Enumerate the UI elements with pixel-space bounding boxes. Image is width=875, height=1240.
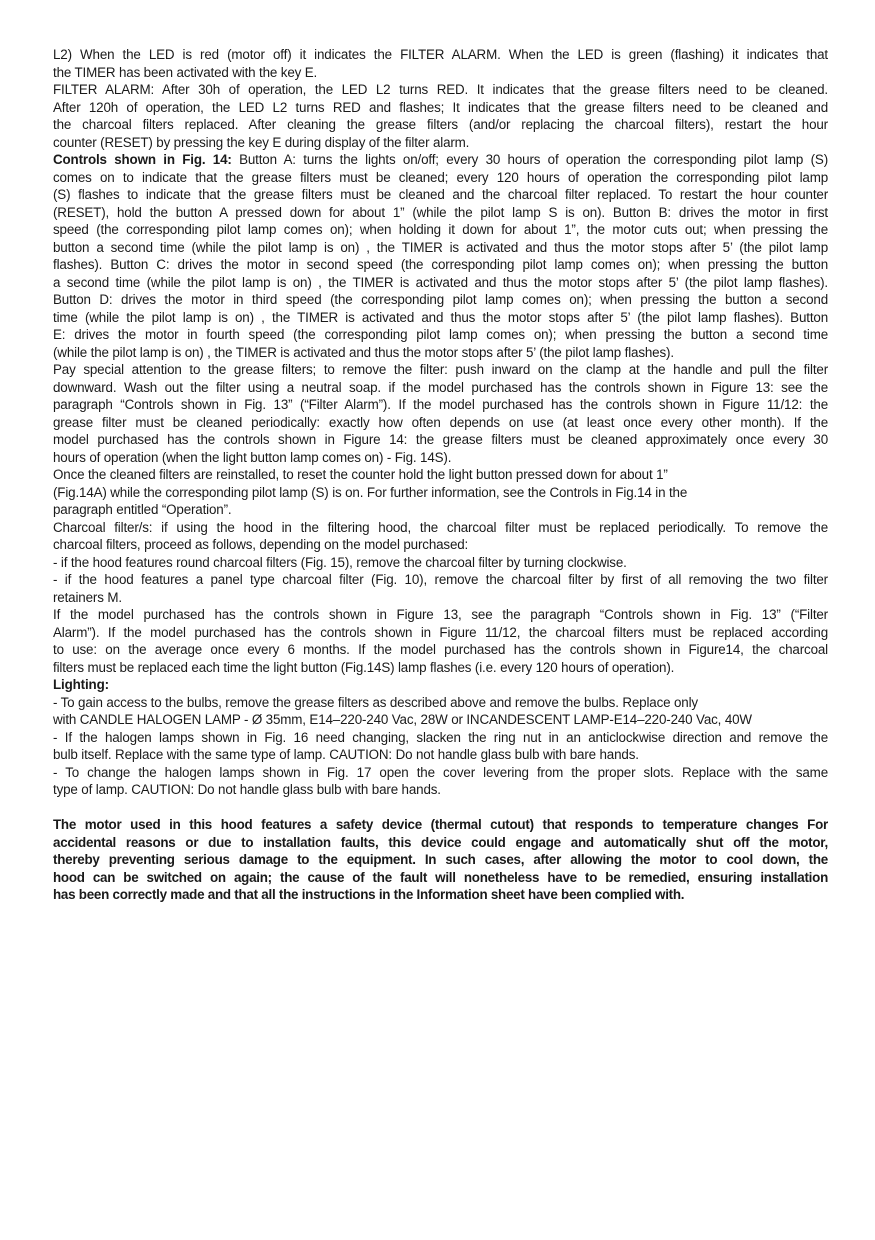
text-line: FILTER ALARM: After 30h of operation, th… [53,81,828,99]
text-line: to use: on the average once every 6 mont… [53,641,828,659]
text-line: paragraph entitled “Operation”. [53,501,828,519]
text-line: flashes). Button C: drives the motor in … [53,256,828,274]
text-line: type of lamp. CAUTION: Do not handle gla… [53,781,828,799]
list-item: - if the hood features round charcoal fi… [53,554,828,572]
text-line: model purchased has the controls shown i… [53,431,828,449]
paragraph-grease-filters: Pay special attention to the grease filt… [53,361,828,466]
text-line: the charcoal filters replaced. After cle… [53,116,828,134]
text-line: E: drives the motor in fourth speed (the… [53,326,828,344]
text-line: hood can be switched on again; the cause… [53,869,828,887]
text-line: paragraph “Controls shown in Fig. 13” (“… [53,396,828,414]
paragraph-charcoal-filters: Charcoal filter/s: if using the hood in … [53,519,828,607]
text-line: Charcoal filter/s: if using the hood in … [53,519,828,537]
spacer [53,799,828,817]
text-line: downward. Wash out the filter using a ne… [53,379,828,397]
text-line: accidental reasons or due to installatio… [53,834,828,852]
section-heading: Controls shown in Fig. 14: [53,152,232,167]
text-line: (while the pilot lamp is on) , the TIMER… [53,344,828,362]
text-line: grease filter must be cleaned periodical… [53,414,828,432]
list-item: - To gain access to the bulbs, remove th… [53,694,828,712]
document-page: L2) When the LED is red (motor off) it i… [53,46,828,904]
text-line: After 120h of operation, the LED L2 turn… [53,99,828,117]
text-line: hours of operation (when the light butto… [53,449,828,467]
text-line: (S) flashes to indicate that the grease … [53,186,828,204]
text-line: Controls shown in Fig. 14: Button A: tur… [53,151,828,169]
paragraph-charcoal-replacement: If the model purchased has the controls … [53,606,828,676]
text-line: comes on to indicate that the grease fil… [53,169,828,187]
text-line: has been correctly made and that all the… [53,886,828,904]
text-line: a second time (while the pilot lamp is o… [53,274,828,292]
paragraph-thermal-cutout: The motor used in this hood features a s… [53,816,828,904]
paragraph-led-l2: L2) When the LED is red (motor off) it i… [53,46,828,81]
list-item: - If the halogen lamps shown in Fig. 16 … [53,729,828,747]
text-line: (Fig.14A) while the corresponding pilot … [53,484,828,502]
text-line: time (while the pilot lamp is on) , the … [53,309,828,327]
text-line: charcoal filters, proceed as follows, de… [53,536,828,554]
text-line: If the model purchased has the controls … [53,606,828,624]
list-item: - To change the halogen lamps shown in F… [53,764,828,782]
text-line: Button D: drives the motor in third spee… [53,291,828,309]
list-item: - if the hood features a panel type char… [53,571,828,589]
text-line: thereby preventing serious damage to the… [53,851,828,869]
text-line: Alarm”). If the model purchased has the … [53,624,828,642]
paragraph-controls-fig14: Controls shown in Fig. 14: Button A: tur… [53,151,828,361]
text-line: button a second time (while the pilot la… [53,239,828,257]
text-line: (RESET), hold the button A pressed down … [53,204,828,222]
paragraph-filter-alarm: FILTER ALARM: After 30h of operation, th… [53,81,828,151]
section-heading: Lighting: [53,676,828,694]
text-line: counter (RESET) by pressing the key E du… [53,134,828,152]
paragraph-lighting: Lighting: - To gain access to the bulbs,… [53,676,828,799]
text-line: Pay special attention to the grease filt… [53,361,828,379]
paragraph-reset-counter: Once the cleaned filters are reinstalled… [53,466,828,519]
text-line: speed (the corresponding pilot lamp come… [53,221,828,239]
text-line: retainers M. [53,589,828,607]
text-line: the TIMER has been activated with the ke… [53,64,828,82]
text-line: L2) When the LED is red (motor off) it i… [53,46,828,64]
text-line: filters must be replaced each time the l… [53,659,828,677]
text-line: with CANDLE HALOGEN LAMP - Ø 35mm, E14–2… [53,711,828,729]
text-line: Once the cleaned filters are reinstalled… [53,466,828,484]
text-line: The motor used in this hood features a s… [53,816,828,834]
text-line: bulb itself. Replace with the same type … [53,746,828,764]
